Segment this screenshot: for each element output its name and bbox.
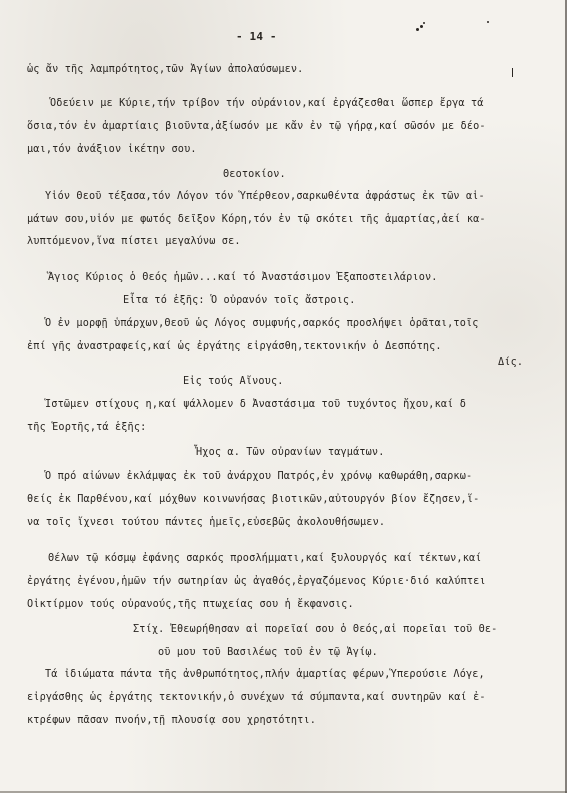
text-line: να τοῖς ἴχνεσι τούτου πάντες ἡμεῖς,εὐσεβ…: [27, 517, 385, 528]
text-line: Τά ἰδιώματα πάντα τῆς ἀνθρωπότητος,πλήν …: [45, 669, 485, 680]
tone-heading: Ἦχος α. Τῶν οὐρανίων ταγμάτων.: [196, 447, 385, 458]
text-line: Οἰκτίρμον τούς οὐρανούς,τῆς πτωχείας σου…: [27, 599, 354, 610]
section-heading: Εἰς τούς Αἴνους.: [183, 376, 284, 387]
ink-speck: [423, 22, 425, 24]
text-line: Ἅγιος Κύριος ὁ Θεός ἡμῶν...καί τό Ἀναστά…: [48, 272, 438, 283]
ink-mark: [512, 68, 513, 77]
text-line: ὅσια,τόν ἐν ἁμαρτίαις βιοῦντα,ἀξίωσόν με…: [27, 121, 486, 132]
text-line: ἐργάτης ἐγένου,ἡμῶν τήν σωτηρίαν ὡς ἀγαθ…: [27, 576, 486, 587]
ink-speck: [420, 25, 423, 28]
text-line: ἐπί γῆς ἀναστραφείς,καί ὡς ἐργάτης εἰργά…: [27, 341, 442, 352]
text-line: θείς ἐκ Παρθένου,καί μόχθων κοινωνήσας β…: [27, 494, 479, 505]
page-number: - 14 -: [236, 30, 277, 43]
ink-speck: [487, 21, 489, 23]
text-line: Ἱστῶμεν στίχους η,καί ψάλλομεν δ Ἀναστάσ…: [45, 399, 466, 410]
text-line: μαι,τόν ἀνάξιον ἱκέτην σου.: [27, 144, 197, 155]
text-line: λυπτόμενον,ἵνα πίστει μεγαλύνω σε.: [27, 236, 241, 247]
text-line: ὡς ἄν τῆς λαμπρότητος,τῶν Ἁγίων ἀπολαύσω…: [27, 64, 303, 75]
repeat-marker: Δίς.: [498, 357, 523, 368]
text-line: Εἶτα τό ἑξῆς: Ὁ οὐρανόν τοῖς ἄστροις.: [123, 295, 356, 306]
ink-speck: [416, 28, 419, 31]
typewritten-page: - 14 - ὡς ἄν τῆς λαμπρότητος,τῶν Ἁγίων ἀ…: [0, 0, 567, 793]
text-line: Ὁ ἐν μορφῇ ὑπάρχων,Θεοῦ ὡς Λόγος συμφυής…: [45, 318, 479, 329]
section-heading: Θεοτοκίον.: [223, 169, 286, 180]
text-line: Υἱόν Θεοῦ τέξασα,τόν Λόγον τόν Ὑπέρθεον,…: [45, 191, 485, 202]
text-line: Ὁδεύειν με Κύριε,τήν τρίβον τήν οὐράνιον…: [50, 98, 484, 109]
text-line: Θέλων τῷ κόσμῳ ἐφάνης σαρκός προσλήμματι…: [48, 553, 482, 564]
text-line: κτρέφων πᾶσαν πνοήν,τῇ πλουσίᾳ σου χρηστ…: [27, 715, 316, 726]
text-line: Ὁ πρό αἰώνων ἐκλάμψας ἐκ τοῦ ἀνάρχου Πατ…: [45, 471, 472, 482]
verse-line: Στίχ. Ἐθεωρήθησαν αἱ πορεῖαί σου ὁ Θεός,…: [133, 624, 497, 635]
text-line: μάτων σου,υἱόν με φωτός δεῖξον Κόρη,τόν …: [27, 214, 486, 225]
text-line: τῆς Ἑορτῆς,τά ἑξῆς:: [27, 422, 146, 433]
text-line: εἰργάσθης ὡς ἐργάτης τεκτονικήν,ὁ συνέχω…: [27, 692, 486, 703]
verse-line: οῦ μου τοῦ Βασιλέως τοῦ ἐν τῷ Ἁγίῳ.: [158, 647, 378, 658]
